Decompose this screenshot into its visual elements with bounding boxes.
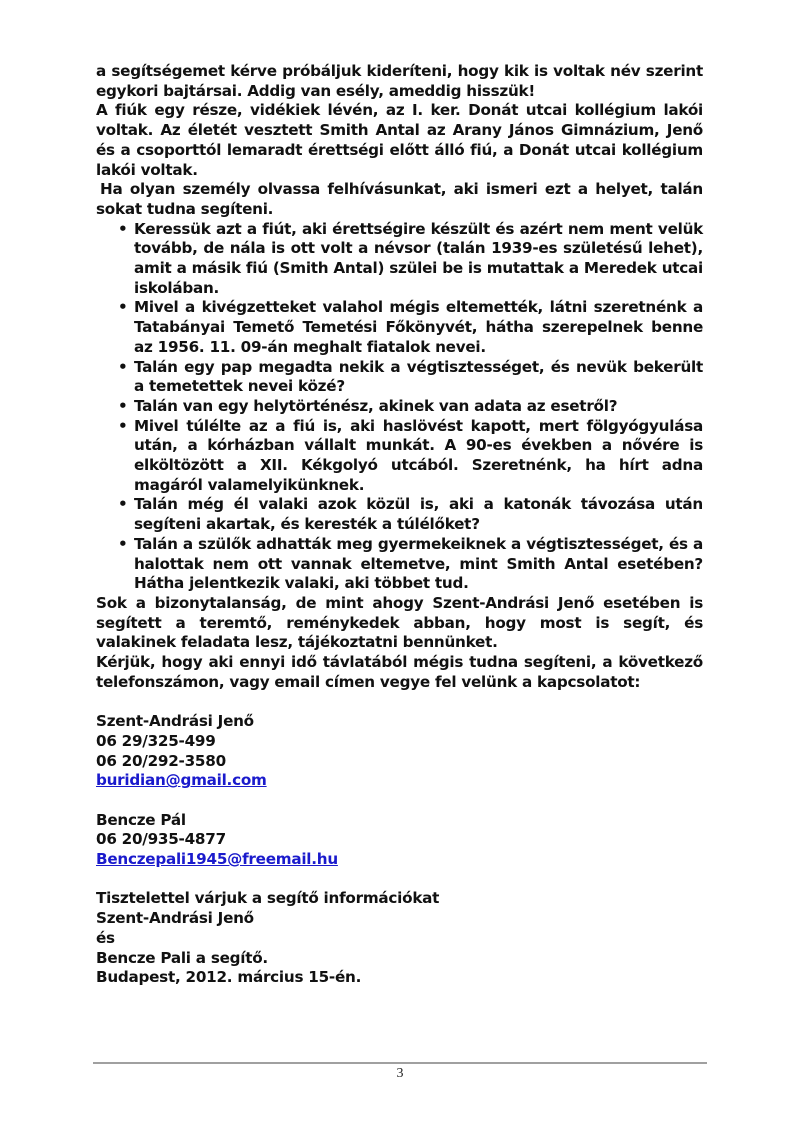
list-item-text: Talán még él valaki azok közül is, aki a…	[134, 495, 703, 533]
list-item: •Talán van egy helytörténész, akinek van…	[96, 397, 703, 417]
document-page: a segítségemet kérve próbáljuk kideríten…	[96, 62, 703, 988]
footer-divider	[93, 1062, 707, 1064]
email-link[interactable]: Benczepali1945@freemail.hu	[96, 850, 338, 868]
blank-line	[96, 870, 703, 890]
closing-block: Tisztelettel várjuk a segítő információk…	[96, 889, 703, 988]
list-item: •Talán egy pap megadta nekik a végtiszte…	[96, 358, 703, 397]
intro-paragraph-3: Ha olyan személy olvassa felhívásunkat, …	[96, 180, 703, 219]
closing-line: és	[96, 929, 703, 949]
page-number: 3	[0, 1066, 800, 1082]
closing-line: Szent-Andrási Jenő	[96, 909, 703, 929]
contact-name: Szent-Andrási Jenő	[96, 712, 703, 732]
list-item-text: Mivel túlélte az a fiú is, aki haslövést…	[134, 417, 703, 494]
closing-date: Budapest, 2012. március 15-én.	[96, 968, 703, 988]
bullet-icon: •	[118, 495, 127, 515]
bullet-icon: •	[118, 298, 127, 318]
contact-phone: 06 20/292-3580	[96, 752, 703, 772]
list-item: •Mivel a kivégzetteket valahol mégis elt…	[96, 298, 703, 357]
paragraph-contact-request: Kérjük, hogy aki ennyi idő távlatából mé…	[96, 653, 703, 692]
list-item: •Talán a szülők adhatták meg gyermekeikn…	[96, 535, 703, 594]
bullet-icon: •	[118, 417, 127, 437]
list-item-text: Talán egy pap megadta nekik a végtisztes…	[134, 358, 703, 396]
bullet-icon: •	[118, 220, 127, 240]
blank-line	[96, 791, 703, 811]
bullet-icon: •	[118, 358, 127, 378]
list-item: •Talán még él valaki azok közül is, aki …	[96, 495, 703, 534]
closing-line: Tisztelettel várjuk a segítő információk…	[96, 889, 703, 909]
list-item-text: Talán a szülők adhatták meg gyermekeikne…	[134, 535, 703, 592]
list-item-text: Mivel a kivégzetteket valahol mégis elte…	[134, 298, 703, 355]
list-item: •Mivel túlélte az a fiú is, aki haslövés…	[96, 417, 703, 496]
intro-paragraph-1: a segítségemet kérve próbáljuk kideríten…	[96, 62, 703, 101]
list-item-text: Keressük azt a fiút, aki érettségire kés…	[134, 220, 703, 297]
list-item: •Keressük azt a fiút, aki érettségire ké…	[96, 220, 703, 299]
blank-line	[96, 693, 703, 713]
email-link[interactable]: buridian@gmail.com	[96, 771, 267, 789]
bullet-icon: •	[118, 397, 127, 417]
paragraph-uncertainty: Sok a bizonytalanság, de mint ahogy Szen…	[96, 594, 703, 653]
question-list: •Keressük azt a fiút, aki érettségire ké…	[96, 220, 703, 594]
contact-block-bencze: Bencze Pál 06 20/935-4877 Benczepali1945…	[96, 811, 703, 870]
closing-line: Bencze Pali a segítő.	[96, 949, 703, 969]
contact-phone: 06 29/325-499	[96, 732, 703, 752]
contact-name: Bencze Pál	[96, 811, 703, 831]
list-item-text: Talán van egy helytörténész, akinek van …	[134, 397, 617, 415]
contact-block-szent-andrasi: Szent-Andrási Jenő 06 29/325-499 06 20/2…	[96, 712, 703, 791]
contact-phone: 06 20/935-4877	[96, 830, 703, 850]
intro-paragraph-2: A fiúk egy része, vidékiek lévén, az I. …	[96, 101, 703, 180]
bullet-icon: •	[118, 535, 127, 555]
